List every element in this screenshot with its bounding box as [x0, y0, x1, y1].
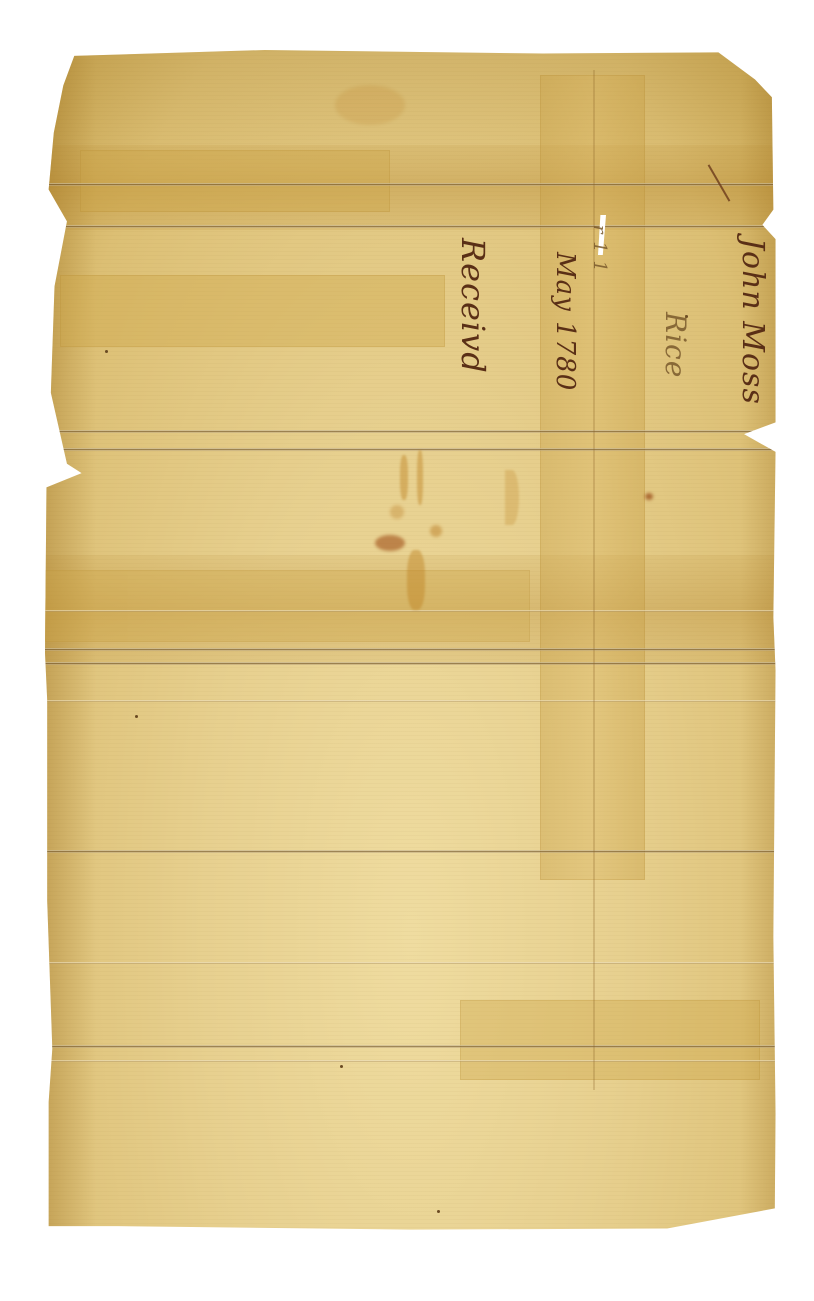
- tape-strip-bottom-right: [460, 1000, 760, 1080]
- docket-fragment: r 1 1: [589, 225, 610, 273]
- tape-strip-top-left: [80, 150, 390, 212]
- fold-line: [45, 225, 777, 228]
- fold-line: [45, 850, 777, 853]
- fold-line: [45, 962, 777, 964]
- fold-line: [45, 1060, 777, 1062]
- speck: [135, 715, 138, 718]
- stain: [645, 493, 653, 500]
- tape-strip-lower-left: [45, 570, 530, 642]
- fold-line: [45, 700, 777, 702]
- fold-line: [45, 610, 777, 612]
- docket-name: John Moss: [735, 238, 770, 405]
- stain: [400, 455, 408, 500]
- vertical-crease: [593, 70, 595, 1090]
- speck: [340, 1065, 343, 1068]
- speck: [437, 1210, 440, 1213]
- stain: [505, 470, 519, 525]
- fold-line: [45, 1045, 777, 1048]
- fold-line: [45, 648, 777, 651]
- docket-line-2: Rice: [659, 312, 692, 378]
- docket-receipt: Receivd: [454, 238, 492, 374]
- speck: [105, 350, 108, 353]
- stain: [390, 505, 404, 519]
- stain: [430, 525, 442, 537]
- fold-line: [45, 448, 777, 451]
- stain: [375, 535, 405, 551]
- stain: [407, 550, 425, 610]
- fold-line: [45, 662, 777, 665]
- fold-line: [45, 430, 777, 433]
- manuscript-page: [45, 50, 777, 1232]
- tape-strip-mid-left: [60, 275, 445, 347]
- stain: [335, 85, 405, 125]
- docket-date: May 1780: [550, 252, 580, 391]
- fold-line: [45, 183, 777, 186]
- stain: [417, 450, 423, 505]
